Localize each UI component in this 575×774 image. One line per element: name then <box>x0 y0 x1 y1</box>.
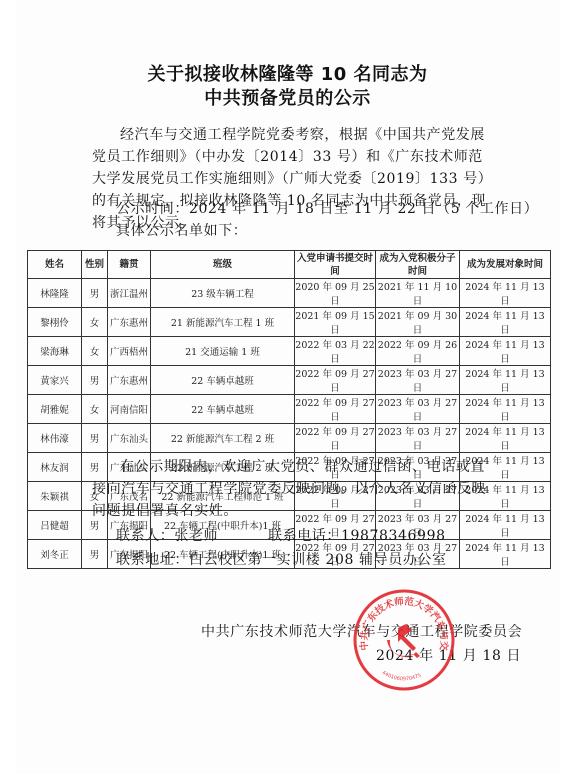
cell-gender: 男 <box>82 424 108 453</box>
cell-development-date: 2024 年 11 月 13 日 <box>460 308 551 337</box>
header-activist-date: 成为入党积极分子时间 <box>376 251 460 279</box>
cell-development-date: 2024 年 11 月 13 日 <box>460 279 551 308</box>
table-row: 梁海琳女广西梧州21 交通运输 1 班2022 年 03 月 22 日2022 … <box>28 337 551 366</box>
header-gender: 性别 <box>82 251 108 279</box>
header-class: 班级 <box>151 251 295 279</box>
svg-text:4401060970475: 4401060970475 <box>381 670 422 682</box>
cell-application-date: 2022 年 09 月 27 日 <box>295 366 376 395</box>
cell-gender: 女 <box>82 308 108 337</box>
table-row: 林隆隆男浙江温州23 级车辆工程2020 年 09 月 25 日2021 年 1… <box>28 279 551 308</box>
cell-gender: 男 <box>82 279 108 308</box>
svg-text:中共广东技术师范大学汽车与交通工程学院委员会: 中共广东技术师范大学汽车与交通工程学院委员会 <box>352 588 450 652</box>
cell-application-date: 2022 年 03 月 22 日 <box>295 337 376 366</box>
cell-name: 林伟濠 <box>28 424 82 453</box>
table-row: 黎栩伶女广东惠州21 新能源汽车工程 1 班2021 年 09 月 15 日20… <box>28 308 551 337</box>
cell-gender: 男 <box>82 540 108 569</box>
cell-class: 22 车辆卓越班 <box>151 366 295 395</box>
cell-hometown: 河南信阳 <box>108 395 151 424</box>
cell-activist-date: 2021 年 11 月 10 日 <box>376 279 460 308</box>
cell-development-date: 2024 年 11 月 13 日 <box>460 395 551 424</box>
cell-name: 刘冬正 <box>28 540 82 569</box>
cell-hometown: 浙江温州 <box>108 279 151 308</box>
title-line-2: 中共预备党员的公示 <box>0 84 575 110</box>
header-name: 姓名 <box>28 251 82 279</box>
table-row: 林伟濠男广东汕头22 新能源汽车工程 2 班2022 年 09 月 27 日20… <box>28 424 551 453</box>
contact-phone: 联系电话：19878346998 <box>268 525 446 545</box>
cell-activist-date: 2022 年 09 月 26 日 <box>376 337 460 366</box>
table-header-row: 姓名 性别 籍贯 班级 入党申请书提交时间 成为入党积极分子时间 成为发展对象时… <box>28 251 551 279</box>
contact-address: 联系地址：白云校区第一实训楼 208 辅导员办公室 <box>116 549 447 569</box>
feedback-paragraph: 在公示期限内，欢迎广大党员、群众通过信函、电话或直接向汽车与交通工程学院党委反映… <box>92 456 490 522</box>
header-hometown: 籍贯 <box>108 251 151 279</box>
list-intro: 具体公示名单如下： <box>116 220 247 240</box>
cell-application-date: 2020 年 09 月 25 日 <box>295 279 376 308</box>
cell-class: 22 车辆卓越班 <box>151 395 295 424</box>
official-seal-icon: 中共广东技术师范大学汽车与交通工程学院委员会 4401060970475 <box>352 588 456 692</box>
cell-application-date: 2022 年 09 月 27 日 <box>295 395 376 424</box>
cell-development-date: 2024 年 11 月 13 日 <box>460 337 551 366</box>
contact-person: 联系人：张老师 <box>116 525 218 545</box>
cell-class: 22 新能源汽车工程 2 班 <box>151 424 295 453</box>
cell-hometown: 广东汕头 <box>108 424 151 453</box>
cell-name: 吕健超 <box>28 511 82 540</box>
cell-hometown: 广西梧州 <box>108 337 151 366</box>
cell-application-date: 2021 年 09 月 15 日 <box>295 308 376 337</box>
table-row: 胡雅妮女河南信阳22 车辆卓越班2022 年 09 月 27 日2023 年 0… <box>28 395 551 424</box>
cell-gender: 女 <box>82 337 108 366</box>
publicity-period: 公示时间：2024 年 11 月 18 日至 11 月 22 日（5 个工作日） <box>116 198 538 218</box>
cell-class: 21 交通运输 1 班 <box>151 337 295 366</box>
cell-development-date: 2024 年 11 月 13 日 <box>460 424 551 453</box>
title-line-1: 关于拟接收林隆隆等 10 名同志为 <box>0 60 575 86</box>
cell-activist-date: 2023 年 03 月 27 日 <box>376 366 460 395</box>
table-row: 黄家兴男广东惠州22 车辆卓越班2022 年 09 月 27 日2023 年 0… <box>28 366 551 395</box>
cell-name: 胡雅妮 <box>28 395 82 424</box>
cell-name: 黄家兴 <box>28 366 82 395</box>
cell-hometown: 广东惠州 <box>108 366 151 395</box>
cell-gender: 男 <box>82 366 108 395</box>
cell-development-date: 2024 年 11 月 13 日 <box>460 540 551 569</box>
cell-activist-date: 2021 年 09 月 30 日 <box>376 308 460 337</box>
cell-class: 23 级车辆工程 <box>151 279 295 308</box>
cell-activist-date: 2023 年 03 月 27 日 <box>376 424 460 453</box>
cell-activist-date: 2023 年 03 月 27 日 <box>376 395 460 424</box>
cell-class: 21 新能源汽车工程 1 班 <box>151 308 295 337</box>
cell-name: 朱颖祺 <box>28 482 82 511</box>
header-application-date: 入党申请书提交时间 <box>295 251 376 279</box>
cell-name: 梁海琳 <box>28 337 82 366</box>
cell-gender: 女 <box>82 395 108 424</box>
cell-name: 林隆隆 <box>28 279 82 308</box>
cell-name: 黎栩伶 <box>28 308 82 337</box>
cell-name: 林友润 <box>28 453 82 482</box>
header-development-date: 成为发展对象时间 <box>460 251 551 279</box>
cell-hometown: 广东惠州 <box>108 308 151 337</box>
cell-development-date: 2024 年 11 月 13 日 <box>460 366 551 395</box>
cell-application-date: 2022 年 09 月 27 日 <box>295 424 376 453</box>
